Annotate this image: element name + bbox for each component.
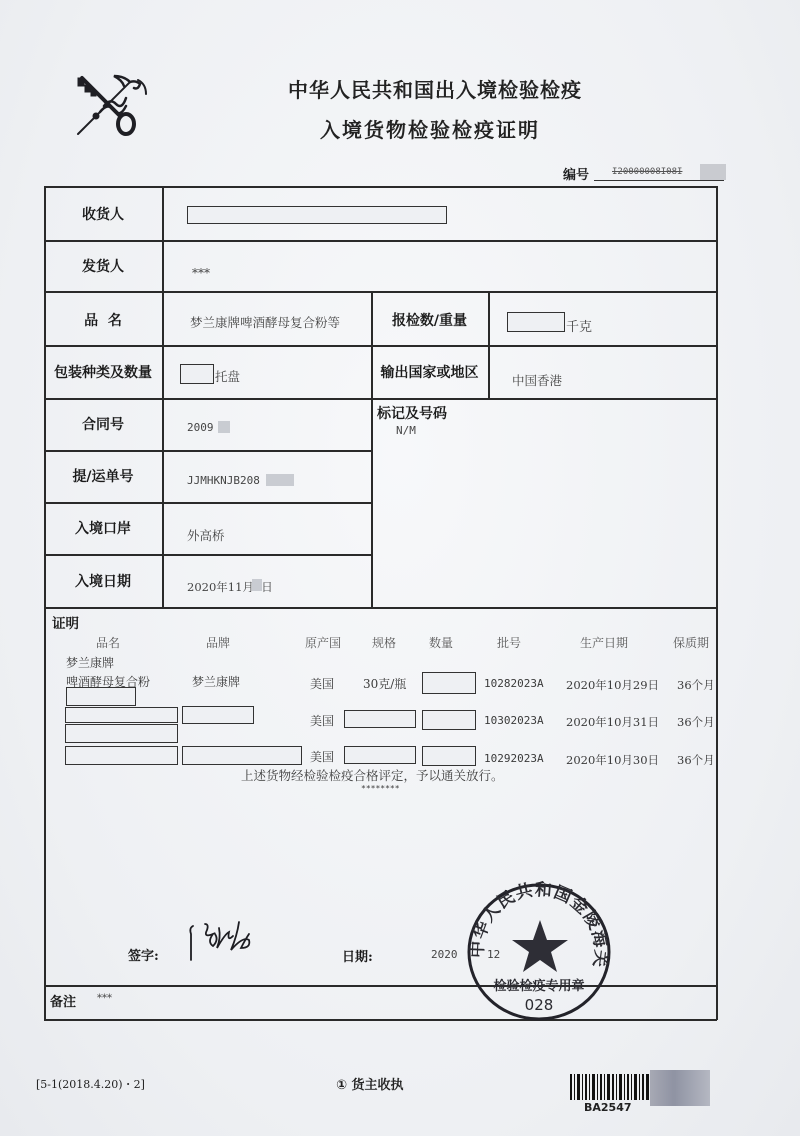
certificate-section-label: 证明 [52,612,79,632]
row1-product-extra-redacted [66,687,136,706]
signature-date-year: 2020 [431,948,458,961]
row2-batch: 10302023A [484,714,544,727]
product-name-value: 梦兰康牌啤酒酵母复合粉等 [190,313,340,331]
origin-country-label: 输出国家或地区 [371,362,488,382]
row1-product-line1: 梦兰康牌 [66,654,114,671]
column-header-product: 品名 [96,634,120,651]
certificate-page: 中华人民共和国出入境检验检疫 入境货物检验检疫证明 编号 I20000008I0… [0,0,800,1136]
packaging-label: 包装种类及数量 [44,362,162,382]
contract-number-value: 2009 [187,421,214,434]
row3-brand-redacted [182,746,302,765]
quantity-redacted-value [507,312,565,332]
serial-number-label: 编号 [563,164,589,183]
quantity-unit: 千克 [566,316,592,335]
consignee-label: 收货人 [44,204,162,224]
barcode-icon [570,1074,652,1100]
statement-stars: ******** [361,784,400,793]
row1-batch: 10282023A [484,677,544,690]
column-header-origin: 原产国 [305,634,341,651]
bill-redaction [266,474,294,486]
title-authority: 中华人民共和国出入境检验检疫 [0,74,800,103]
remarks-label: 备注 [50,991,76,1010]
column-header-shelf-life: 保质期 [673,634,716,651]
column-header-batch: 批号 [497,634,521,651]
consignor-value: *** [192,266,210,280]
row2-product-redacted-line2 [65,724,178,743]
row3-production-date: 2020年10月30日 [566,752,659,768]
barcode-redaction [650,1070,710,1106]
row1-origin: 美国 [310,675,334,692]
signature-label: 签字: [128,945,159,964]
row2-product-redacted-line1 [65,707,178,723]
official-seal-icon: 中华人民共和国金陵海关 检验检疫专用章 028 [462,880,614,1025]
handwritten-signature-icon [185,918,265,963]
row2-brand-redacted [182,706,254,724]
date-label: 日期: [342,946,373,965]
row2-production-date: 2020年10月31日 [566,714,659,730]
marks-label: 标记及号码 [377,403,447,423]
entry-port-label: 入境口岸 [44,518,162,538]
packaging-redacted-count [180,364,214,384]
packaging-unit: 托盘 [215,367,240,385]
clearance-statement: 上述货物经检验检疫合格评定，予以通关放行。 [241,766,504,784]
row1-brand: 梦兰康牌 [192,673,240,690]
form-code: [5-1(2018.4.20)・2] [36,1076,145,1092]
quantity-weight-label: 报检数/重量 [371,310,488,330]
entry-date-redaction [252,579,262,591]
column-header-production-date: 生产日期 [580,634,628,651]
column-header-spec: 规格 [372,634,396,651]
row3-product-redacted [65,746,178,765]
entry-date-label: 入境日期 [44,571,162,591]
row3-batch: 10292023A [484,752,544,765]
row2-quantity-redacted [422,710,476,730]
remarks-value: *** [97,993,112,1004]
bill-of-lading-value: JJMHKNJB208 [187,474,260,487]
origin-country-value: 中国香港 [512,371,562,389]
copy-designation: ① 货主收执 [336,1074,404,1093]
contract-redaction [218,421,230,433]
marks-value: N/M [396,424,416,437]
consignee-redacted-value [187,206,447,224]
consignor-label: 发货人 [44,256,162,276]
bill-of-lading-label: 提/运单号 [44,466,162,486]
row2-spec-redacted [344,710,416,728]
row2-origin: 美国 [310,712,334,729]
row1-production-date: 2020年10月29日 [566,677,659,693]
row3-spec-redacted [344,746,416,764]
row3-origin: 美国 [310,748,334,765]
row1-spec: 30克/瓶 [363,675,406,692]
barcode-number: BA2547 [584,1101,632,1114]
row1-quantity-redacted [422,672,476,694]
seal-inner-text: 检验检疫专用章 [493,978,584,994]
row3-shelf-life: 36个月 [677,752,716,768]
serial-number-value: I20000008I08I [612,167,682,177]
serial-redaction [700,164,726,180]
row2-shelf-life: 36个月 [677,714,716,730]
column-header-brand: 品牌 [206,634,230,651]
row3-quantity-redacted [422,746,476,766]
product-name-label: 品 名 [44,310,162,330]
column-header-quantity: 数量 [429,634,453,651]
document-title: 入境货物检验检疫证明 [0,114,800,143]
seal-number: 028 [525,996,554,1014]
contract-number-label: 合同号 [44,414,162,434]
row1-shelf-life: 36个月 [677,677,716,693]
entry-port-value: 外高桥 [187,526,225,544]
